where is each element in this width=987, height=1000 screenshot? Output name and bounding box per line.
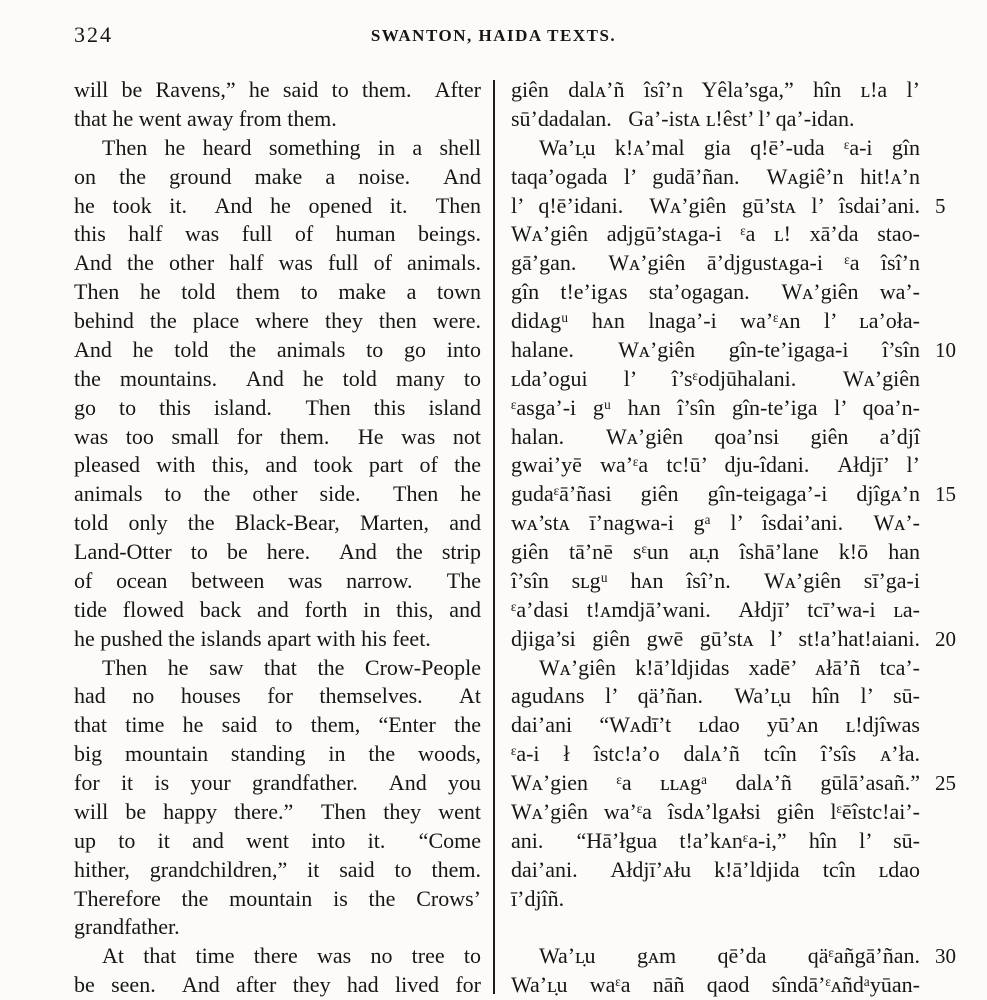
text-line: Therefore the mountain is the Crows’ <box>74 885 481 914</box>
text-line: wᴀ’stᴀ ī’nagwa-i gᵃ l’ îsdai’ani. Wᴀ’- <box>511 509 920 538</box>
text-line: gîn t!e’igᴀs sta’ogagan. Wᴀ’giên wa’- <box>511 278 920 307</box>
text-line: At that time there was no tree to <box>74 942 481 971</box>
text-line: î’sîn sʟgᵘ hᴀn îsî’n. Wᴀ’giên sī’ga-i <box>511 567 920 596</box>
text-line: go to this island. Then this island <box>74 394 481 423</box>
text-line: l’ q!ē’idani. Wᴀ’giên gū’stᴀ l’ îsdai’an… <box>511 192 920 221</box>
text-line: was too small for them. He was not <box>74 423 481 452</box>
text-line: had no houses for themselves. At <box>74 682 481 711</box>
line-number: 5 <box>935 192 979 221</box>
text-line: pleased with this, and took part of the <box>74 451 481 480</box>
text-line: gudaᵋā’ñasi giên gîn-teigaga’-i djîgᴀ’n1… <box>511 480 920 509</box>
text-line: ᵋasga’-i gᵘ hᴀn î’sîn gîn-te’iga l’ qoa’… <box>511 394 920 423</box>
text-line: giên tā’nē sᵋun aʟ̣n îshā’lane k!ō han <box>511 538 920 567</box>
text-line: Wa’ʟ̣u gᴀm qē’da qäᵋañgā’ñan.30 <box>511 942 920 971</box>
text-line: ʟda’ogui l’ î’sᵋodjūhalani. Wᴀ’giên <box>511 365 920 394</box>
text-line: halane. Wᴀ’giên gîn-te’igaga-i î’sîn10 <box>511 336 920 365</box>
text-line: the mountains. And he told many to <box>74 365 481 394</box>
text-line: Wᴀ’giên adjgū’stᴀga-i ᵋa ʟ! xā’da stao- <box>511 220 920 249</box>
text-line: Wᴀ’giên k!ā’ldjidas xadē’ ᴀłā’ñ tca’- <box>511 654 920 683</box>
text-line: behind the place where they then were. <box>74 307 481 336</box>
line-number: 30 <box>935 942 979 971</box>
text-line: up to it and went into it. “Come <box>74 827 481 856</box>
text-line: ani. “Hā’łgua t!a’kᴀnᵋa-i,” hîn l’ sū- <box>511 827 920 856</box>
text-line: Then he saw that the Crow-People <box>74 654 481 683</box>
text-line: that time he said to them, “Enter the <box>74 711 481 740</box>
text-line: on the ground make a noise. And <box>74 163 481 192</box>
book-page: 324 SWANTON, HAIDA TEXTS. will be Ravens… <box>0 0 987 1000</box>
right-column: giên dalᴀ’ñ îsî’n Yêla’sga,” hîn ʟ!a l’s… <box>511 76 920 1000</box>
text-line: sū’dadalan. Ga’-istᴀ ʟ!êst’ l’ qa’-idan. <box>511 105 920 134</box>
text-line: dai’ani “Wᴀdī’t ʟdao yū’ᴀn ʟ!djîwas <box>511 711 920 740</box>
text-line: told only the Black-Bear, Marten, and <box>74 509 481 538</box>
text-line: of ocean between was narrow. The <box>74 567 481 596</box>
text-line: hither, grandchildren,” it said to them. <box>74 856 481 885</box>
text-line: Then he told them to make a town <box>74 278 481 307</box>
text-line: will be Ravens,” he said to them. After <box>74 76 481 105</box>
text-line: grandfather. <box>74 913 481 942</box>
text-line: big mountain standing in the woods, <box>74 740 481 769</box>
text-line: dai’ani. Ałdjī’ᴀłu k!ā’ldjida tcîn ʟdao <box>511 856 920 885</box>
blank-line <box>511 913 920 942</box>
text-line: for it is your grandfather. And you <box>74 769 481 798</box>
text-line: taqa’ogada l’ gudā’ñan. Wᴀgiê’n hit!ᴀ’n <box>511 163 920 192</box>
text-line: be seen. And after they had lived for <box>74 971 481 1000</box>
text-line: Land-Otter to be here. And the strip <box>74 538 481 567</box>
column-divider <box>493 80 495 994</box>
text-line: tide flowed back and forth in this, and <box>74 596 481 625</box>
line-number: 10 <box>935 336 979 365</box>
text-line: Then he heard something in a shell <box>74 134 481 163</box>
line-number: 20 <box>935 625 979 654</box>
text-line: he took it. And he opened it. Then <box>74 192 481 221</box>
text-line: Wᴀ’giên wa’ᵋa îsdᴀ’lgᴀłsi giên lᵋēîstc!a… <box>511 798 920 827</box>
text-line: that he went away from them. <box>74 105 481 134</box>
text-line: didᴀgᵘ hᴀn lnaga’-i wa’ᵋᴀn l’ ʟa’oła- <box>511 307 920 336</box>
text-line: he pushed the islands apart with his fee… <box>74 625 481 654</box>
left-column: will be Ravens,” he said to them. Aftert… <box>74 76 481 1000</box>
text-line: gwai’yē wa’ᵋa tc!ū’ dju-îdani. Ałdjī’ l’ <box>511 451 920 480</box>
text-line: ᵋa-i ł îstc!a’o dalᴀ’ñ tcîn î’sîs ᴀ’ła. <box>511 740 920 769</box>
text-line: djiga’si giên gwē gū’stᴀ l’ st!a’hat!aia… <box>511 625 920 654</box>
text-line: will be happy there.” Then they went <box>74 798 481 827</box>
text-line: gā’gan. Wᴀ’giên ā’djgustᴀga-i ᵋa îsî’n <box>511 249 920 278</box>
text-line: halan. Wᴀ’giên qoa’nsi giên a’djî <box>511 423 920 452</box>
text-line: giên dalᴀ’ñ îsî’n Yêla’sga,” hîn ʟ!a l’ <box>511 76 920 105</box>
text-line: Wa’ʟ̣u waᵋa nāñ qaod sîndā’ᵋᴀñdᵃyūan- <box>511 971 920 1000</box>
text-line: ᵋa’dasi t!ᴀmdjā’wani. Ałdjī’ tcī’wa-i ʟa… <box>511 596 920 625</box>
running-title: SWANTON, HAIDA TEXTS. <box>0 26 987 46</box>
text-line: And he told the animals to go into <box>74 336 481 365</box>
text-line: Wᴀ’gien ᵋa ʟʟᴀgᵃ dalᴀ’ñ gūlā’asañ.”25 <box>511 769 920 798</box>
line-number: 25 <box>935 769 979 798</box>
text-line: ī’djîñ. <box>511 885 920 914</box>
text-line: Wa’ʟ̣u k!ᴀ’mal gia q!ē’-uda ᵋa-i gîn <box>511 134 920 163</box>
text-line: this half was full of human beings. <box>74 220 481 249</box>
line-number: 15 <box>935 480 979 509</box>
text-line: animals to the other side. Then he <box>74 480 481 509</box>
text-line: agudᴀns l’ qä’ñan. Wa’ʟ̣u hîn l’ sū- <box>511 682 920 711</box>
text-line: And the other half was full of animals. <box>74 249 481 278</box>
